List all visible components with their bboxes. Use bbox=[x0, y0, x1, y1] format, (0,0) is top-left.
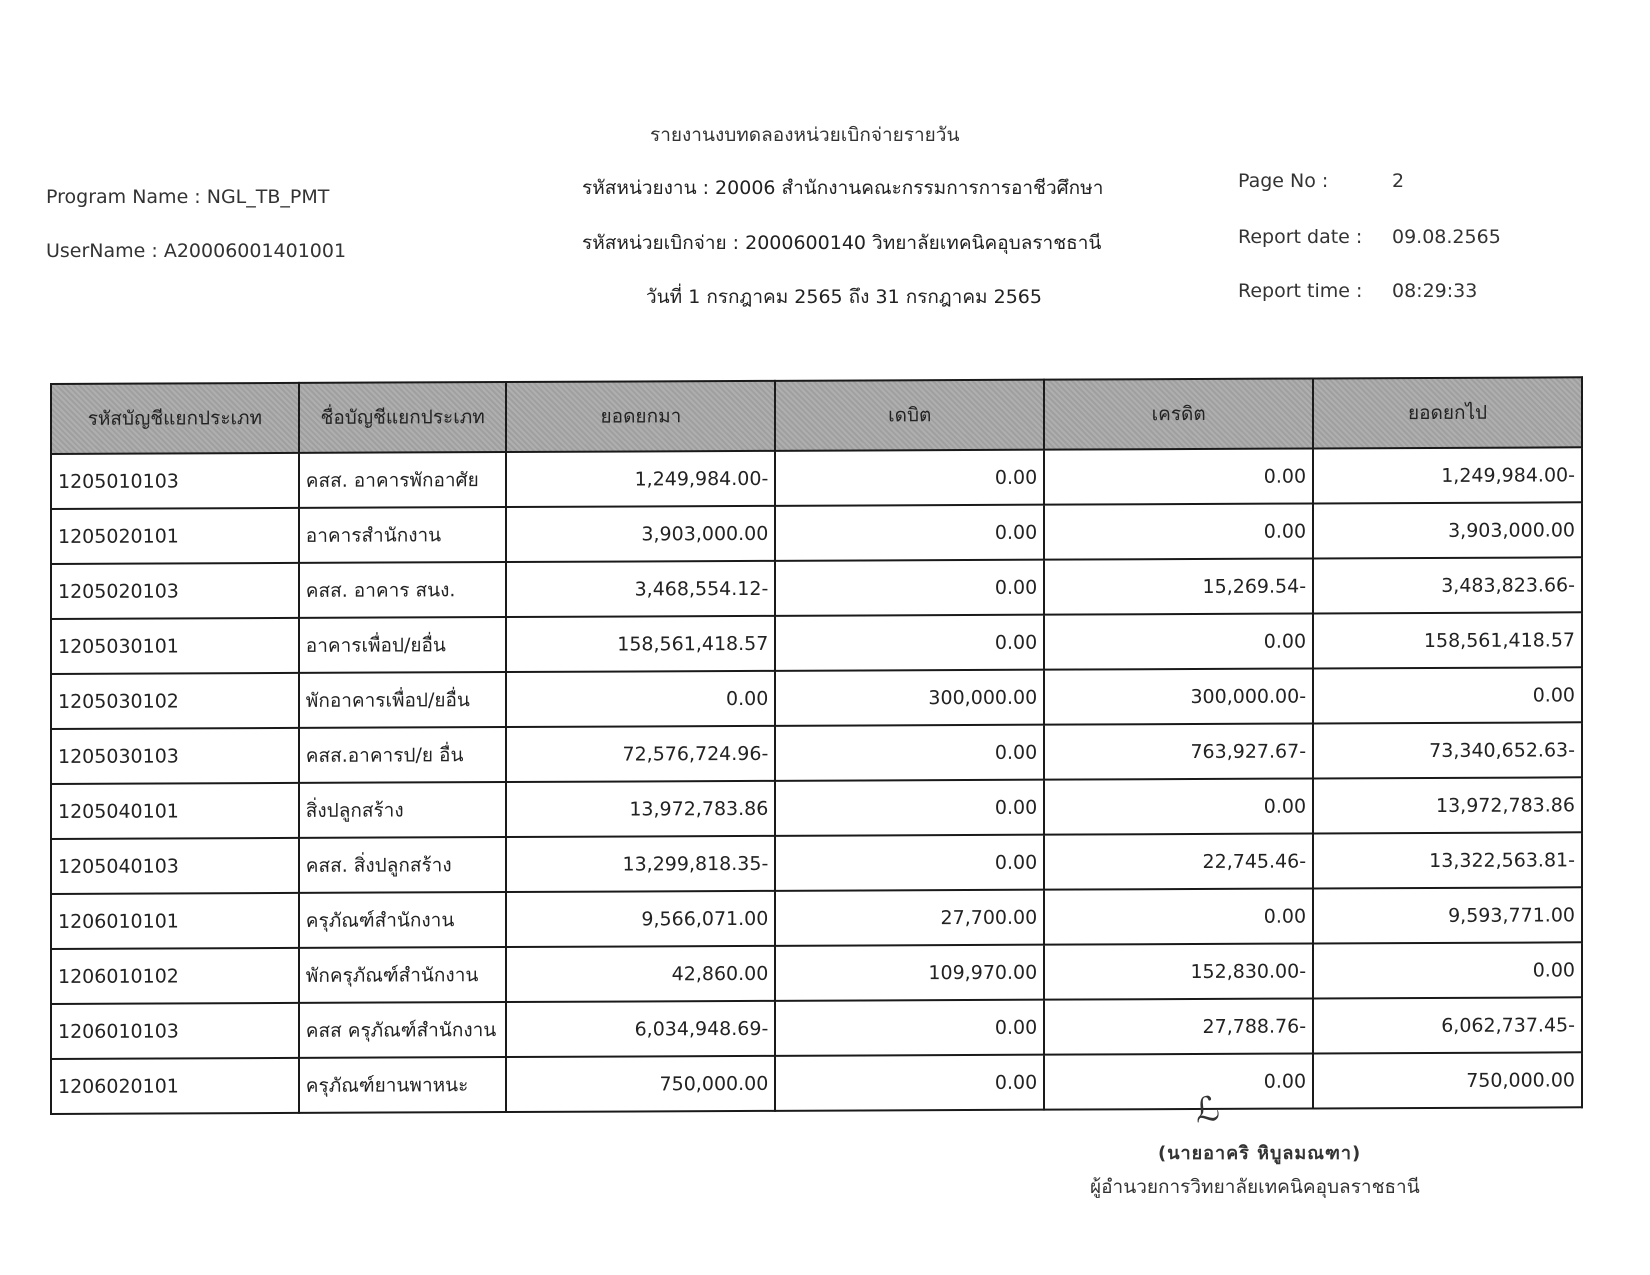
brought-forward-cell: 158,561,418.57 bbox=[506, 616, 775, 672]
brought-forward-cell: 13,299,818.35- bbox=[506, 836, 775, 892]
brought-forward-cell: 0.00 bbox=[506, 671, 775, 727]
carried-forward-cell: 6,062,737.45- bbox=[1313, 997, 1582, 1053]
account-name-cell: คสส.อาคารป/ย อื่น bbox=[299, 727, 507, 783]
account-code-cell: 1206010103 bbox=[51, 1003, 299, 1059]
account-name-cell: ครุภัณฑ์สำนักงาน bbox=[299, 892, 507, 948]
carried-forward-cell: 158,561,418.57 bbox=[1313, 612, 1582, 668]
table-row: 1205030102พักอาคารเพื่อป/ยอื่น0.00300,00… bbox=[51, 667, 1582, 729]
credit-cell: 27,788.76- bbox=[1044, 998, 1313, 1054]
brought-forward-cell: 6,034,948.69- bbox=[506, 1001, 775, 1057]
credit-cell: 0.00 bbox=[1044, 503, 1313, 559]
brought-forward-cell: 1,249,984.00- bbox=[506, 451, 775, 507]
account-name-cell: พักครุภัณฑ์สำนักงาน bbox=[299, 947, 507, 1003]
account-code-cell: 1205020103 bbox=[51, 563, 299, 619]
carried-forward-cell: 0.00 bbox=[1313, 667, 1582, 723]
table-row: 1206010101ครุภัณฑ์สำนักงาน9,566,071.0027… bbox=[51, 887, 1582, 949]
program-name: Program Name : NGL_TB_PMT bbox=[46, 186, 329, 208]
account-name-cell: คสส. สิ่งปลูกสร้าง bbox=[299, 837, 507, 893]
debit-cell: 109,970.00 bbox=[775, 945, 1044, 1001]
table-row: 1205020101อาคารสำนักงาน3,903,000.000.000… bbox=[51, 502, 1582, 564]
debit-cell: 27,700.00 bbox=[775, 890, 1044, 946]
brought-forward-cell: 42,860.00 bbox=[506, 946, 775, 1002]
col-header-brought-forward: ยอดยกมา bbox=[506, 381, 775, 452]
carried-forward-cell: 9,593,771.00 bbox=[1313, 887, 1582, 943]
account-code-cell: 1205030102 bbox=[51, 673, 299, 729]
carried-forward-cell: 73,340,652.63- bbox=[1313, 722, 1582, 778]
credit-cell: 15,269.54- bbox=[1044, 558, 1313, 614]
disbursement-unit-line: รหัสหน่วยเบิกจ่าย : 2000600140 วิทยาลัยเ… bbox=[582, 228, 1101, 258]
debit-cell: 0.00 bbox=[775, 1000, 1044, 1056]
debit-cell: 0.00 bbox=[775, 1055, 1044, 1111]
account-code-cell: 1205020101 bbox=[51, 508, 299, 564]
col-header-credit: เครดิต bbox=[1044, 378, 1313, 449]
report-time-label: Report time : bbox=[1238, 280, 1362, 302]
table-row: 1205010103คสส. อาคารพักอาศัย1,249,984.00… bbox=[51, 447, 1582, 509]
agency-line: รหัสหน่วยงาน : 20006 สำนักงานคณะกรรมการก… bbox=[582, 173, 1103, 203]
carried-forward-cell: 1,249,984.00- bbox=[1313, 447, 1582, 503]
debit-cell: 0.00 bbox=[775, 780, 1044, 836]
report-time: 08:29:33 bbox=[1392, 280, 1477, 302]
credit-cell: 22,745.46- bbox=[1044, 833, 1313, 889]
page-no: 2 bbox=[1392, 170, 1404, 192]
credit-cell: 0.00 bbox=[1044, 888, 1313, 944]
credit-cell: 152,830.00- bbox=[1044, 943, 1313, 999]
account-name-cell: คสส ครุภัณฑ์สำนักงาน bbox=[299, 1002, 507, 1058]
account-name-cell: อาคารสำนักงาน bbox=[299, 507, 507, 563]
debit-cell: 300,000.00 bbox=[775, 670, 1044, 726]
report-date: 09.08.2565 bbox=[1392, 226, 1501, 248]
account-name-cell: คสส. อาคาร สนง. bbox=[299, 562, 507, 618]
credit-cell: 0.00 bbox=[1044, 448, 1313, 504]
carried-forward-cell: 13,972,783.86 bbox=[1313, 777, 1582, 833]
debit-cell: 0.00 bbox=[775, 725, 1044, 781]
account-name-cell: ครุภัณฑ์ยานพาหนะ bbox=[299, 1057, 507, 1113]
carried-forward-cell: 750,000.00 bbox=[1313, 1052, 1582, 1108]
account-code-cell: 1205040103 bbox=[51, 838, 299, 894]
report-title: รายงานงบทดลองหน่วยเบิกจ่ายรายวัน bbox=[650, 120, 959, 150]
col-header-debit: เดบิต bbox=[775, 380, 1044, 451]
account-code-cell: 1206010101 bbox=[51, 893, 299, 949]
brought-forward-cell: 3,468,554.12- bbox=[506, 561, 775, 617]
account-name-cell: พักอาคารเพื่อป/ยอื่น bbox=[299, 672, 507, 728]
table-row: 1205020103คสส. อาคาร สนง.3,468,554.12-0.… bbox=[51, 557, 1582, 619]
account-code-cell: 1206010102 bbox=[51, 948, 299, 1004]
account-code-cell: 1205030103 bbox=[51, 728, 299, 784]
trial-balance-table: รหัสบัญชีแยกประเภท ชื่อบัญชีแยกประเภท ยอ… bbox=[50, 376, 1583, 1115]
debit-cell: 0.00 bbox=[775, 835, 1044, 891]
debit-cell: 0.00 bbox=[775, 450, 1044, 506]
page-no-label: Page No : bbox=[1238, 170, 1328, 192]
table-row: 1206010102พักครุภัณฑ์สำนักงาน42,860.0010… bbox=[51, 942, 1582, 1004]
credit-cell: 763,927.67- bbox=[1044, 723, 1313, 779]
signer-name: (นายอาคริ หิบูลมณฑา) bbox=[1158, 1138, 1361, 1167]
account-code-cell: 1205040101 bbox=[51, 783, 299, 839]
table-header-row: รหัสบัญชีแยกประเภท ชื่อบัญชีแยกประเภท ยอ… bbox=[51, 377, 1582, 454]
brought-forward-cell: 9,566,071.00 bbox=[506, 891, 775, 947]
table-row: 1205040103คสส. สิ่งปลูกสร้าง13,299,818.3… bbox=[51, 832, 1582, 894]
credit-cell: 0.00 bbox=[1044, 778, 1313, 834]
table-row: 1206010103คสส ครุภัณฑ์สำนักงาน6,034,948.… bbox=[51, 997, 1582, 1059]
credit-cell: 0.00 bbox=[1044, 1053, 1313, 1109]
signer-title: ผู้อำนวยการวิทยาลัยเทคนิคอุบลราชธานี bbox=[1090, 1172, 1420, 1202]
report-period: วันที่ 1 กรกฎาคม 2565 ถึง 31 กรกฎาคม 256… bbox=[646, 282, 1042, 312]
account-name-cell: อาคารเพื่อป/ยอื่น bbox=[299, 617, 507, 673]
debit-cell: 0.00 bbox=[775, 560, 1044, 616]
account-code-cell: 1205010103 bbox=[51, 453, 299, 509]
table-row: 1206020101ครุภัณฑ์ยานพาหนะ750,000.000.00… bbox=[51, 1052, 1582, 1114]
carried-forward-cell: 13,322,563.81- bbox=[1313, 832, 1582, 888]
credit-cell: 0.00 bbox=[1044, 613, 1313, 669]
debit-cell: 0.00 bbox=[775, 615, 1044, 671]
table-row: 1205030101อาคารเพื่อป/ยอื่น158,561,418.5… bbox=[51, 612, 1582, 674]
account-name-cell: สิ่งปลูกสร้าง bbox=[299, 782, 507, 838]
col-header-account-name: ชื่อบัญชีแยกประเภท bbox=[299, 382, 507, 453]
carried-forward-cell: 3,483,823.66- bbox=[1313, 557, 1582, 613]
col-header-carried-forward: ยอดยกไป bbox=[1313, 377, 1582, 448]
debit-cell: 0.00 bbox=[775, 505, 1044, 561]
carried-forward-cell: 3,903,000.00 bbox=[1313, 502, 1582, 558]
brought-forward-cell: 72,576,724.96- bbox=[506, 726, 775, 782]
carried-forward-cell: 0.00 bbox=[1313, 942, 1582, 998]
account-code-cell: 1206020101 bbox=[51, 1058, 299, 1114]
table-row: 1205040101สิ่งปลูกสร้าง13,972,783.860.00… bbox=[51, 777, 1582, 839]
brought-forward-cell: 13,972,783.86 bbox=[506, 781, 775, 837]
credit-cell: 300,000.00- bbox=[1044, 668, 1313, 724]
report-date-label: Report date : bbox=[1238, 226, 1362, 248]
username: UserName : A20006001401001 bbox=[46, 240, 346, 262]
brought-forward-cell: 3,903,000.00 bbox=[506, 506, 775, 562]
account-name-cell: คสส. อาคารพักอาศัย bbox=[299, 452, 507, 508]
account-code-cell: 1205030101 bbox=[51, 618, 299, 674]
brought-forward-cell: 750,000.00 bbox=[506, 1056, 775, 1112]
col-header-account-code: รหัสบัญชีแยกประเภท bbox=[51, 383, 299, 454]
table-row: 1205030103คสส.อาคารป/ย อื่น72,576,724.96… bbox=[51, 722, 1582, 784]
